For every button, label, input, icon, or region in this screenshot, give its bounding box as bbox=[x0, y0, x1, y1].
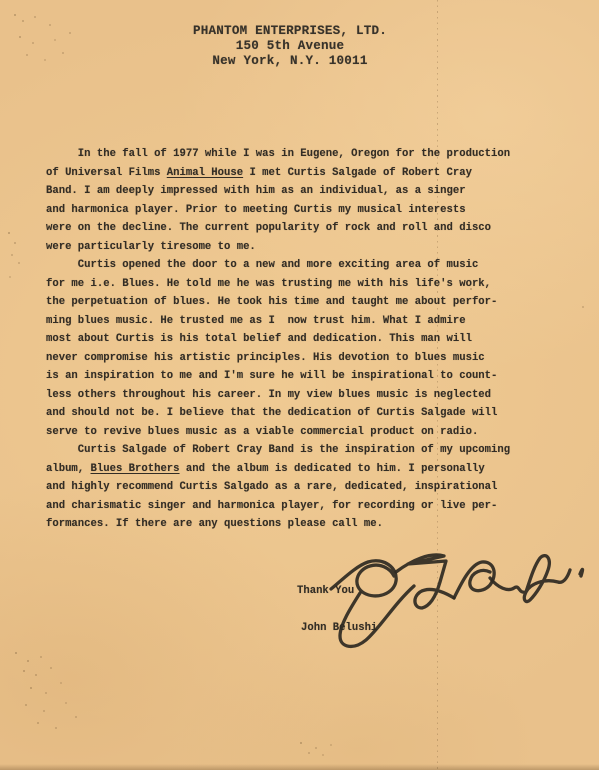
letter-text: album, bbox=[46, 463, 91, 475]
letter-line: In the fall of 1977 while I was in Eugen… bbox=[46, 145, 510, 164]
letter-text: the perpetuation of blues. He took his t… bbox=[46, 296, 497, 308]
letter-text: never compromise his artistic principles… bbox=[46, 352, 485, 364]
scanned-letter-page: PHANTOM ENTERPRISES, LTD. 150 5th Avenue… bbox=[0, 0, 599, 770]
scan-bottom-shadow bbox=[0, 764, 599, 770]
letter-text: and harmonica player. Prior to meeting C… bbox=[46, 204, 466, 216]
underlined-text: Blues Brothers bbox=[91, 463, 180, 475]
handwritten-signature bbox=[318, 548, 590, 660]
paper-speckles bbox=[15, 652, 17, 654]
letter-text: Curtis Salgade of Robert Cray Band is th… bbox=[46, 444, 510, 456]
letter-line: serve to revive blues music as a viable … bbox=[46, 423, 510, 442]
letter-line: Band. I am deeply impressed with him as … bbox=[46, 182, 510, 201]
letter-text: and should not be. I believe that the de… bbox=[46, 407, 497, 419]
letter-text: Curtis opened the door to a new and more… bbox=[46, 259, 478, 271]
letter-line: never compromise his artistic principles… bbox=[46, 349, 510, 368]
letter-text: of Universal Films bbox=[46, 167, 167, 179]
letter-line: Curtis opened the door to a new and more… bbox=[46, 256, 510, 275]
letter-line: the perpetuation of blues. He took his t… bbox=[46, 293, 510, 312]
letter-line: is an inspiration to me and I'm sure he … bbox=[46, 367, 510, 386]
letter-text: serve to revive blues music as a viable … bbox=[46, 426, 478, 438]
letter-text: is an inspiration to me and I'm sure he … bbox=[46, 370, 497, 382]
letter-line: and charismatic singer and harmonica pla… bbox=[46, 497, 510, 516]
letter-line: album, Blues Brothers and the album is d… bbox=[46, 460, 510, 479]
letter-text: In the fall of 1977 while I was in Eugen… bbox=[46, 148, 510, 160]
letter-text: I met Curtis Salgade of Robert Cray bbox=[243, 167, 472, 179]
letter-line: of Universal Films Animal House I met Cu… bbox=[46, 164, 510, 183]
letter-line: ming blues music. He trusted me as I now… bbox=[46, 312, 510, 331]
letter-body: In the fall of 1977 while I was in Eugen… bbox=[46, 145, 510, 534]
letter-line: most about Curtis is his total belief an… bbox=[46, 330, 510, 349]
address-line-1: 150 5th Avenue bbox=[0, 39, 580, 54]
paper-speckles bbox=[14, 14, 16, 16]
letter-text: for me i.e. Blues. He told me he was tru… bbox=[46, 278, 491, 290]
letter-line: Curtis Salgade of Robert Cray Band is th… bbox=[46, 441, 510, 460]
company-name: PHANTOM ENTERPRISES, LTD. bbox=[0, 24, 580, 39]
letter-line: were particularly tiresome to me. bbox=[46, 238, 510, 257]
letter-line: and highly recommend Curtis Salgado as a… bbox=[46, 478, 510, 497]
letter-line: less others throughout his career. In my… bbox=[46, 386, 510, 405]
address-line-2: New York, N.Y. 10011 bbox=[0, 54, 580, 69]
letter-text: less others throughout his career. In my… bbox=[46, 389, 491, 401]
letter-line: and should not be. I believe that the de… bbox=[46, 404, 510, 423]
letter-text: Band. I am deeply impressed with him as … bbox=[46, 185, 466, 197]
letter-line: were on the decline. The current popular… bbox=[46, 219, 510, 238]
letter-text: were on the decline. The current popular… bbox=[46, 222, 491, 234]
letter-text: and highly recommend Curtis Salgado as a… bbox=[46, 481, 497, 493]
letter-line: formances. If there are any questions pl… bbox=[46, 515, 510, 534]
letter-text: and charismatic singer and harmonica pla… bbox=[46, 500, 497, 512]
paper-speckles bbox=[8, 232, 10, 234]
letter-text: ming blues music. He trusted me as I now… bbox=[46, 315, 466, 327]
letter-text: and the album is dedicated to him. I per… bbox=[180, 463, 485, 475]
letterhead: PHANTOM ENTERPRISES, LTD. 150 5th Avenue… bbox=[0, 24, 580, 68]
letter-text: most about Curtis is his total belief an… bbox=[46, 333, 472, 345]
letter-text: formances. If there are any questions pl… bbox=[46, 518, 383, 530]
underlined-text: Animal House bbox=[167, 167, 243, 179]
letter-line: for me i.e. Blues. He told me he was tru… bbox=[46, 275, 510, 294]
letter-text: were particularly tiresome to me. bbox=[46, 241, 256, 253]
paper-speckles bbox=[300, 742, 302, 744]
letter-line: and harmonica player. Prior to meeting C… bbox=[46, 201, 510, 220]
